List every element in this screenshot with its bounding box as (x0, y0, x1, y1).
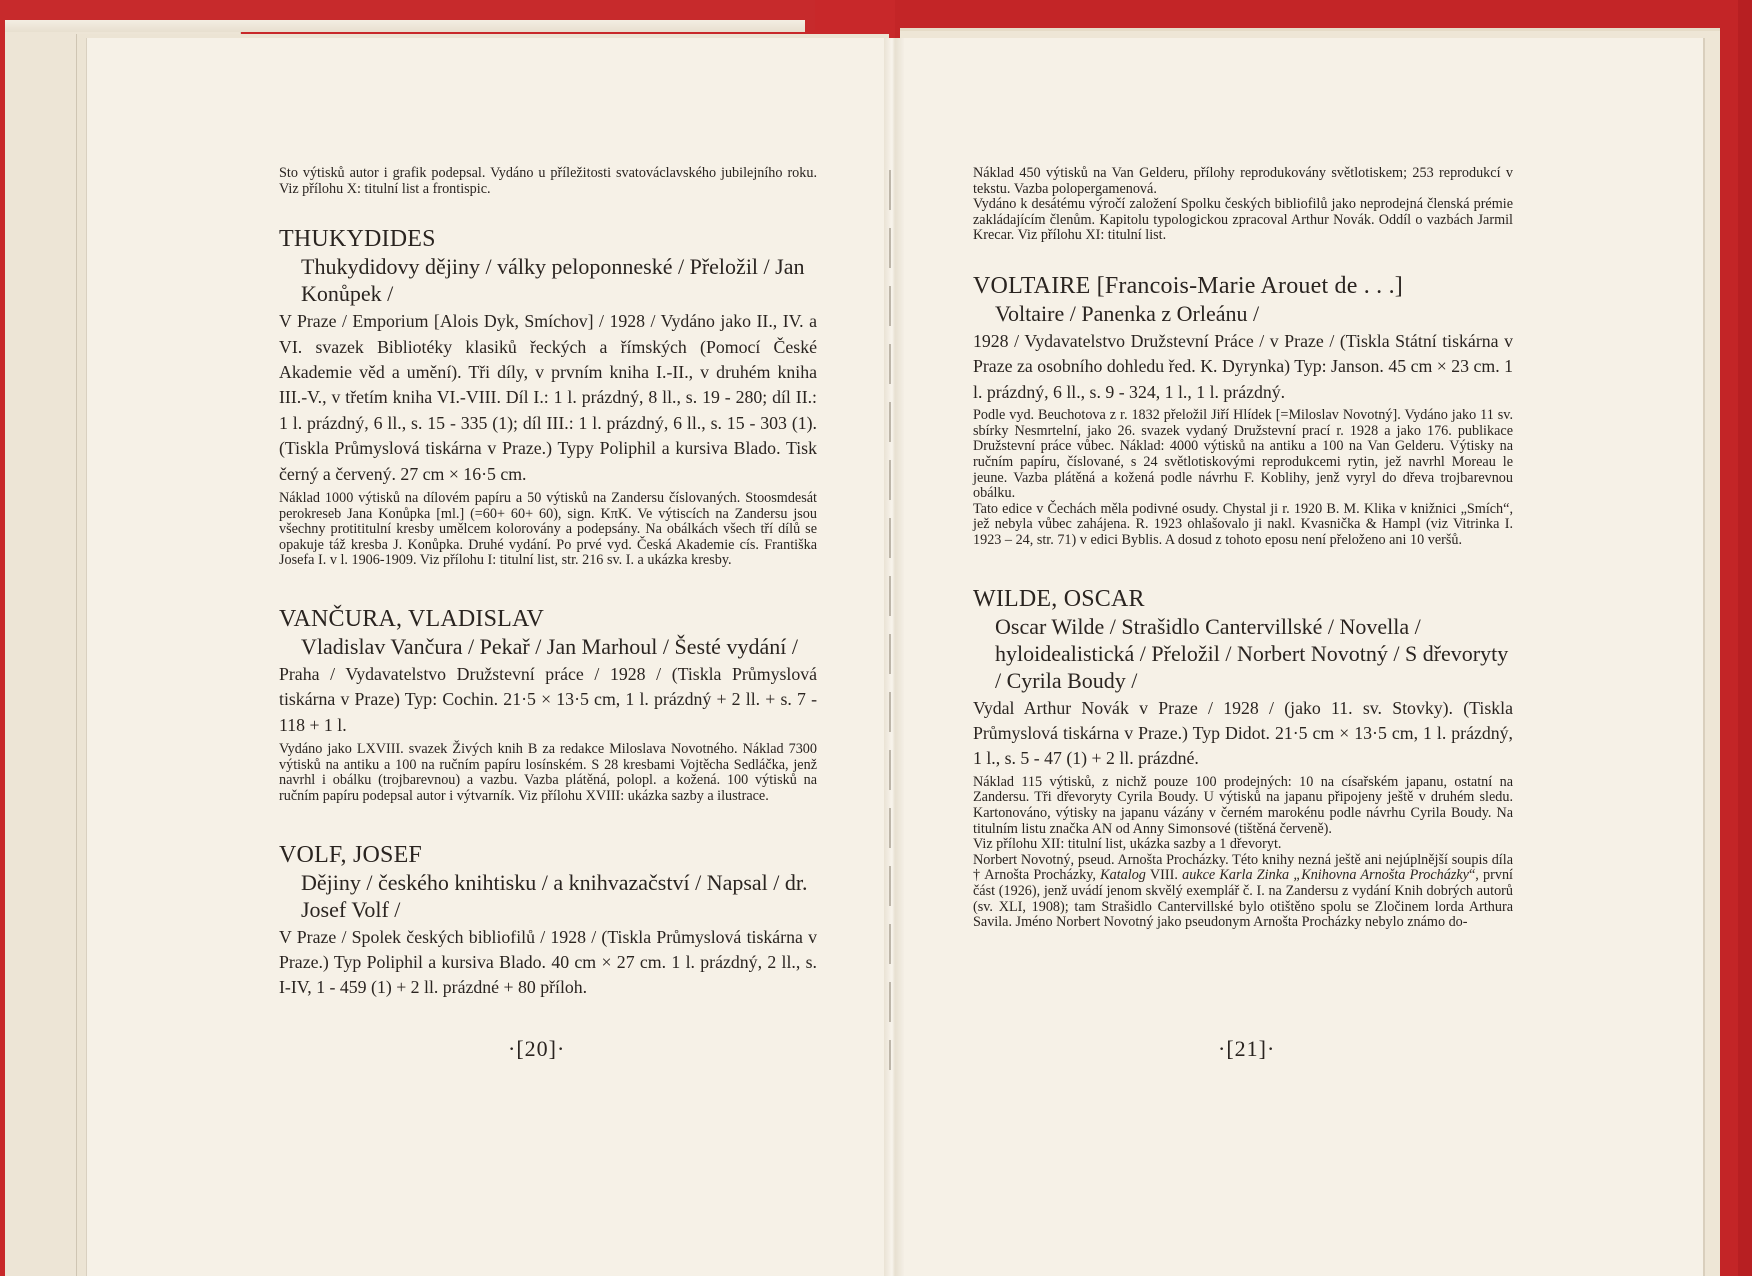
entry-notes-3: Norbert Novotný, pseud. Arnošta Procházk… (973, 853, 1513, 931)
binding-stitch (889, 170, 891, 1070)
entry-title: Dějiny / českého knihtisku / a knihvazač… (279, 869, 817, 923)
page-number-left: ·[20]· (508, 1036, 565, 1062)
entry-imprint: V Praze / Spolek českých bibliofilů / 19… (279, 925, 817, 1001)
entry-thukydides: THUKYDIDES Thukydidovy dějiny / války pe… (279, 225, 817, 569)
entry-heading: THUKYDIDES (279, 225, 817, 253)
intro-note: Náklad 450 výtisků na Van Gelderu, přílo… (973, 166, 1513, 197)
entry-imprint: V Praze / Emporium [Alois Dyk, Smíchov] … (279, 309, 817, 487)
book-cover-edge (1738, 0, 1752, 1276)
entry-imprint: Praha / Vydavatelstvo Družstevní práce /… (279, 662, 817, 738)
entry-heading: VOLTAIRE [Francois-Marie Arouet de . . .… (973, 272, 1513, 300)
entry-title: Voltaire / Panenka z Orleánu / (973, 300, 1513, 327)
entry-notes: Podle vyd. Beuchotova z r. 1832 přeložil… (973, 408, 1513, 502)
intro-note-2: Vydáno k desátému výročí založení Spolku… (973, 197, 1513, 244)
right-page-text: Náklad 450 výtisků na Van Gelderu, přílo… (973, 166, 1513, 931)
entry-wilde: WILDE, OSCAR Oscar Wilde / Strašidlo Can… (973, 585, 1513, 931)
entry-notes: Vydáno jako LXVIII. svazek Živých knih B… (279, 742, 817, 804)
book-gutter (884, 38, 904, 1276)
entry-voltaire: VOLTAIRE [Francois-Marie Arouet de . . .… (973, 272, 1513, 549)
note-italic: aukce Karla Zinka „Knihovna Arnošta Proc… (1182, 867, 1469, 883)
entry-notes: Náklad 115 výtisků, z nichž pouze 100 pr… (973, 775, 1513, 837)
entry-title: Oscar Wilde / Strašidlo Cantervillské / … (973, 613, 1513, 694)
note-text: VIII. (1146, 867, 1182, 883)
page-number-right: ·[21]· (1218, 1036, 1275, 1062)
entry-imprint: 1928 / Vydavatelstvo Družstevní Práce / … (973, 329, 1513, 405)
entry-notes-2: Tato edice v Čechách měla podivné osudy.… (973, 502, 1513, 549)
entry-title: Thukydidovy dějiny / války peloponneské … (279, 253, 817, 307)
note-italic: Katalog (1100, 867, 1146, 883)
entry-vancura: VANČURA, VLADISLAV Vladislav Vančura / P… (279, 605, 817, 805)
entry-title: Vladislav Vančura / Pekař / Jan Marhoul … (279, 633, 817, 660)
entry-volf: VOLF, JOSEF Dějiny / českého knihtisku /… (279, 841, 817, 1001)
left-page-text: Sto výtisků autor i grafik podepsal. Vyd… (279, 166, 817, 1001)
entry-heading: WILDE, OSCAR (973, 585, 1513, 613)
entry-notes-2: Viz přílohu XII: titulní list, ukázka sa… (973, 837, 1513, 853)
intro-note: Sto výtisků autor i grafik podepsal. Vyd… (279, 166, 817, 197)
entry-imprint: Vydal Arthur Novák v Praze / 1928 / (jak… (973, 696, 1513, 772)
entry-notes: Náklad 1000 výtisků na dílovém papíru a … (279, 491, 817, 569)
entry-heading: VANČURA, VLADISLAV (279, 605, 817, 633)
entry-heading: VOLF, JOSEF (279, 841, 817, 869)
flyleaf-top-edge (5, 20, 805, 32)
